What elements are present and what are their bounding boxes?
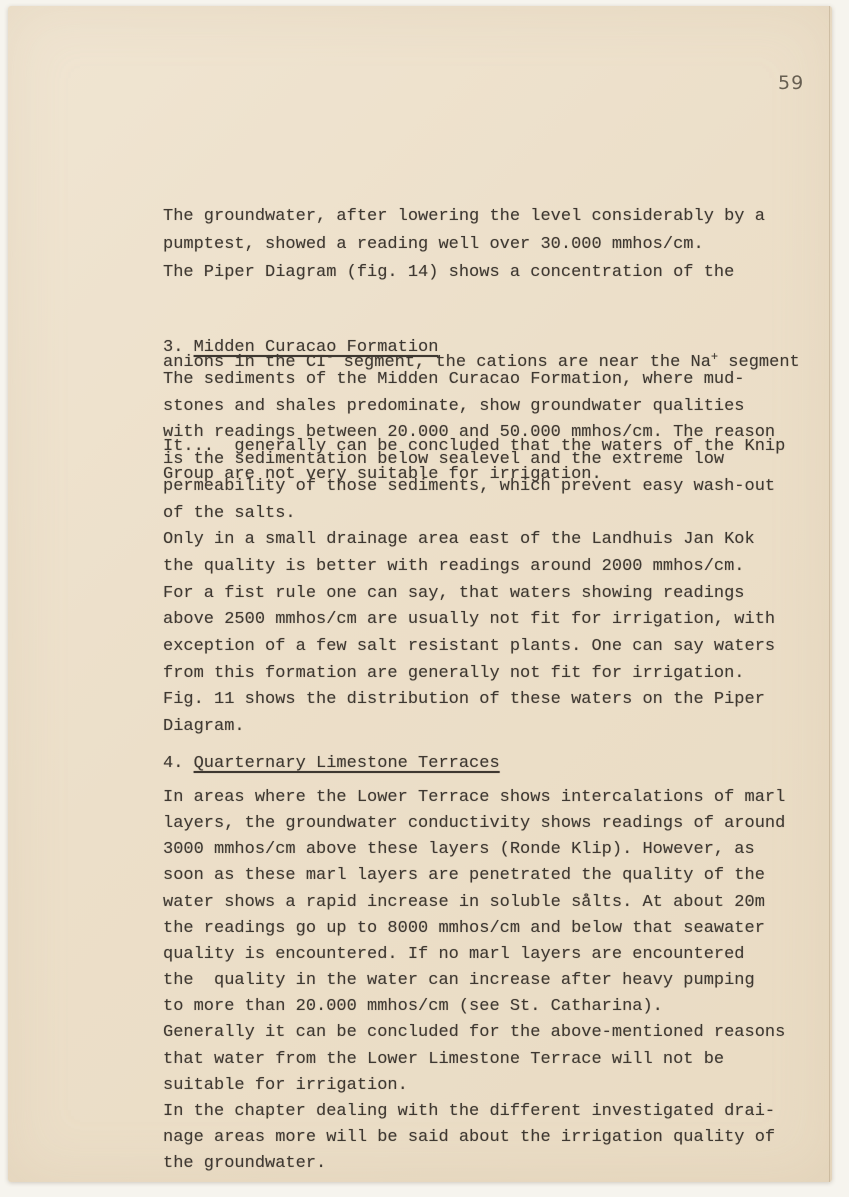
section-3-number: 3. bbox=[163, 338, 194, 357]
text-line: nage areas more will be said about the i… bbox=[163, 1125, 833, 1151]
text-line: from this formation are generally not fi… bbox=[163, 661, 833, 688]
text-line: Only in a small drainage area east of th… bbox=[163, 527, 833, 554]
text-line: Generally it can be concluded for the ab… bbox=[163, 1020, 833, 1046]
scanned-document: { "page_number": "59", "colors": { "pape… bbox=[0, 0, 849, 1197]
text-line: water shows a rapid increase in soluble … bbox=[163, 890, 833, 916]
text-line: The sediments of the Midden Curacao Form… bbox=[163, 367, 833, 394]
text-line: In the chapter dealing with the differen… bbox=[163, 1099, 833, 1125]
text-line: Diagram. bbox=[163, 714, 833, 741]
document-page: 59 The groundwater, after lowering the l… bbox=[8, 6, 832, 1182]
text-line: the readings go up to 8000 mmhos/cm and … bbox=[163, 916, 833, 942]
text-line: In areas where the Lower Terrace shows i… bbox=[163, 785, 833, 811]
text-line: the quality in the water can increase af… bbox=[163, 968, 833, 994]
text-line: The Piper Diagram (fig. 14) shows a conc… bbox=[163, 259, 833, 287]
section-3-heading: 3. Midden Curacao Formation bbox=[163, 335, 833, 361]
section-4-heading: 4. Quarternary Limestone Terraces bbox=[163, 751, 833, 777]
text-line: layers, the groundwater conductivity sho… bbox=[163, 811, 833, 837]
text-line: For a fist rule one can say, that waters… bbox=[163, 581, 833, 608]
text-line: with readings between 20.000 and 50.000 … bbox=[163, 420, 833, 447]
section-4-number: 4. bbox=[163, 754, 194, 773]
section-4-title: Quarternary Limestone Terraces bbox=[194, 754, 500, 773]
text-line: The groundwater, after lowering the leve… bbox=[163, 203, 833, 231]
section-4-paragraph: In areas where the Lower Terrace shows i… bbox=[163, 785, 833, 1177]
text-line: that water from the Lower Limestone Terr… bbox=[163, 1047, 833, 1073]
text-line: pumptest, showed a reading well over 30.… bbox=[163, 231, 833, 259]
text-line: soon as these marl layers are penetrated… bbox=[163, 863, 833, 889]
text-line: above 2500 mmhos/cm are usually not fit … bbox=[163, 607, 833, 634]
text-line: Fig. 11 shows the distribution of these … bbox=[163, 687, 833, 714]
intro-lines-before: The groundwater, after lowering the leve… bbox=[163, 203, 833, 287]
text-line: suitable for irrigation. bbox=[163, 1073, 833, 1099]
text-line: exception of a few salt resistant plants… bbox=[163, 634, 833, 661]
text-line: the quality is better with readings arou… bbox=[163, 554, 833, 581]
text-line: the groundwater. bbox=[163, 1151, 833, 1177]
text-line: 3000 mmhos/cm above these layers (Ronde … bbox=[163, 837, 833, 863]
text-line: quality is encountered. If no marl layer… bbox=[163, 942, 833, 968]
text-line: to more than 20.000 mmhos/cm (see St. Ca… bbox=[163, 994, 833, 1020]
section-3-title: Midden Curacao Formation bbox=[194, 338, 439, 357]
text-line: stones and shales predominate, show grou… bbox=[163, 394, 833, 421]
text-line: is the sedimentation below sealevel and … bbox=[163, 447, 833, 474]
text-line: permeability of those sediments, which p… bbox=[163, 474, 833, 501]
page-number: 59 bbox=[778, 72, 804, 94]
text-line: of the salts. bbox=[163, 501, 833, 528]
section-3-paragraph: The sediments of the Midden Curacao Form… bbox=[163, 367, 833, 741]
